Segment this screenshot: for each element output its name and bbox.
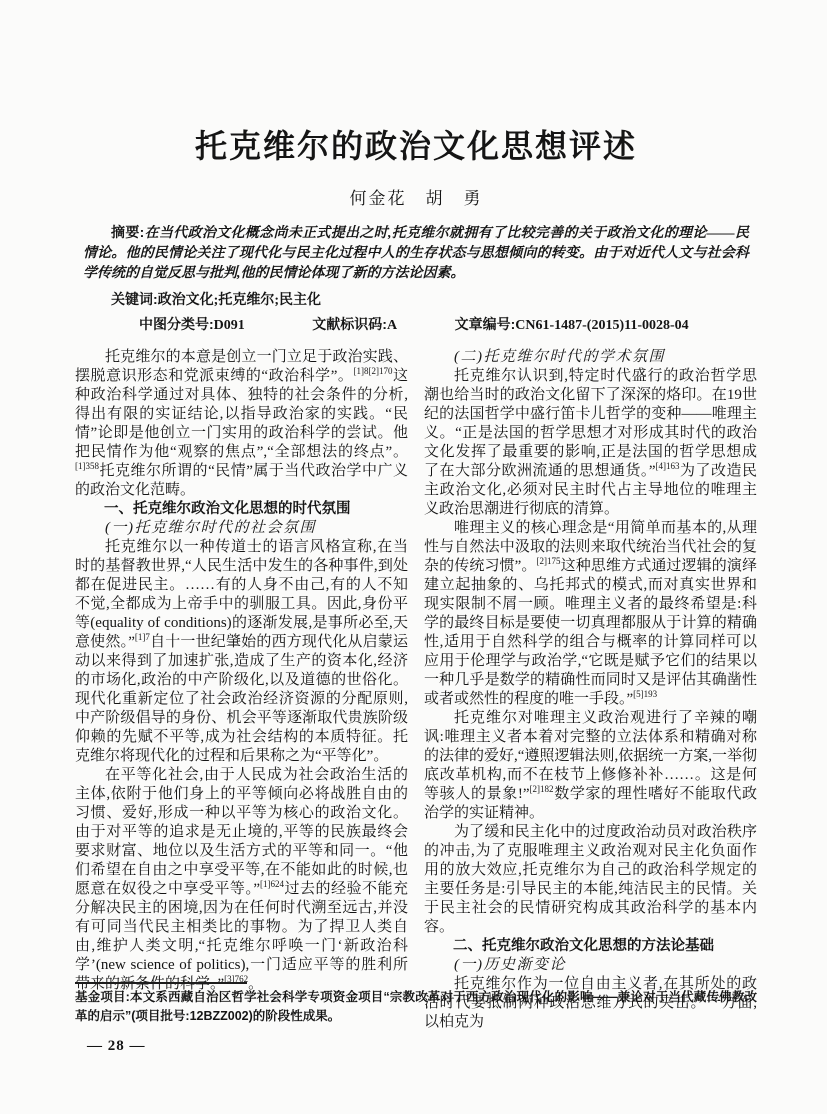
abstract-text: 在当代政治文化概念尚未正式提出之时,托克维尔就拥有了比较完善的关于政治文化的理论… [83,226,749,281]
article-id-value: CN61-1487-(2015)11-0028-04 [515,318,688,333]
paragraph: 托克维尔对唯理主义政治观进行了辛辣的嘲讽:唯理主义者本着对完整的立法体系和精确对… [424,709,757,823]
paragraph: 唯理主义的核心理念是“用简单而基本的,从理性与自然法中汲取的法则来取代统治当代社… [424,519,757,709]
keywords-line: 关键词:政治文化;托克维尔;民主化 [83,289,749,311]
clc-label: 中图分类号: [139,316,214,332]
abstract-label: 摘要: [111,224,144,240]
keywords-label: 关键词: [111,291,158,307]
section-heading: 二、托克维尔政治文化思想的方法论基础 [424,937,757,956]
document-code-label: 文献标识码: [312,316,387,332]
document-code: 文献标识码:A [284,314,397,336]
citation-ref: [2]182 [530,784,554,794]
subsection-heading: (一)托克维尔时代的社会氛围 [75,519,408,538]
citation-ref: [4]163 [656,461,680,471]
funding-text: 本文系西藏自治区哲学社会科学专项资金项目“宗教改革对于西方政治现代化的影响——兼… [75,990,757,1023]
article-id: 文章编号:CN61-1487-(2015)11-0028-04 [427,314,689,336]
abstract: 摘要:在当代政治文化概念尚未正式提出之时,托克维尔就拥有了比较完善的关于政治文化… [83,222,749,284]
paragraph: 在平等化社会,由于人民成为社会政治生活的主体,依附于他们身上的平等倾向必将战胜自… [75,766,408,994]
left-column: 托克维尔的本意是创立一门立足于政治实践、摆脱意识形态和党派束缚的“政治科学”。[… [75,348,408,1032]
meta-block: 摘要:在当代政治文化概念尚未正式提出之时,托克维尔就拥有了比较完善的关于政治文化… [83,222,749,336]
clc-value: D091 [214,318,245,333]
funding-footnote: 基金项目:本文系西藏自治区哲学社会科学专项资金项目“宗教改革对于西方政治现代化的… [75,988,757,1026]
funding-label: 基金项目: [75,990,130,1004]
paragraph: 为了缓和民主化中的过度政治动员对政治秩序的冲击,为了克服唯理主义政治观对民主化负… [424,823,757,937]
footnote-divider [75,982,247,984]
citation-ref: [2]175 [537,556,561,566]
page-title: 托克维尔的政治文化思想评述 [75,126,757,166]
paragraph: 托克维尔的本意是创立一门立足于政治实践、摆脱意识形态和党派束缚的“政治科学”。[… [75,348,408,500]
article-body: 托克维尔的本意是创立一门立足于政治实践、摆脱意识形态和党派束缚的“政治科学”。[… [75,348,757,1032]
article-id-label: 文章编号: [455,316,516,332]
paper-page: 托克维尔的政治文化思想评述 何金花 胡 勇 摘要:在当代政治文化概念尚未正式提出… [0,0,827,1114]
clc-number: 中图分类号:D091 [111,314,245,336]
keywords-text: 政治文化;托克维尔;民主化 [158,293,321,308]
page-number: — 28 — [75,1038,757,1055]
subsection-heading: (二)托克维尔时代的学术氛围 [424,348,757,367]
footnote-area: 基金项目:本文系西藏自治区哲学社会科学专项资金项目“宗教改革对于西方政治现代化的… [75,982,757,1055]
paragraph: 托克维尔以一种传道士的语言风格宣称,在当时的基督教世界,“人民生活中发生的各种事… [75,538,408,766]
citation-ref: [1]7 [135,632,150,642]
document-code-value: A [387,318,397,333]
publication-info-line: 中图分类号:D091 文献标识码:A 文章编号:CN61-1487-(2015)… [83,314,749,336]
citation-ref: [1]624 [260,879,284,889]
subsection-heading: (一)历史渐变论 [424,956,757,975]
paragraph: 托克维尔认识到,特定时代盛行的政治哲学思潮也给当时的政治文化留下了深深的烙印。在… [424,367,757,519]
authors: 何金花 胡 勇 [75,188,757,210]
section-heading: 一、托克维尔政治文化思想的时代氛围 [75,500,408,519]
citation-ref: [5]193 [633,689,657,699]
citation-ref: [1]8[2]170 [353,366,392,376]
right-column: (二)托克维尔时代的学术氛围托克维尔认识到,特定时代盛行的政治哲学思潮也给当时的… [424,348,757,1032]
citation-ref: [1]358 [75,461,99,471]
